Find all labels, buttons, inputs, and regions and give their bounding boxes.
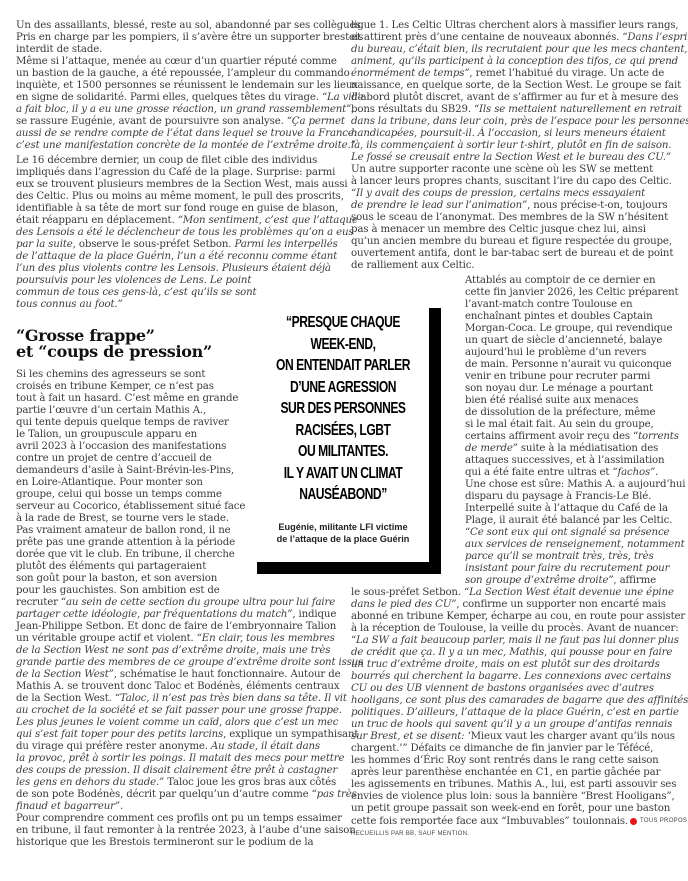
text-line: CU ou des UB viennent de bastons organis… — [351, 683, 654, 695]
quote-run: dans la tribune, dans leur coin, près de… — [351, 116, 688, 127]
quote-run: insistant pour faire du recrutement pour — [465, 563, 669, 574]
text-line: Interpellé suite à l’attaque du Café de … — [465, 503, 668, 515]
text-line: Une chose est sûre: Mathis A. a aujourd’… — [465, 479, 685, 491]
text-run: , affirme — [613, 575, 656, 586]
text-run: Taloc joue les gros bras aux côtés — [164, 777, 336, 788]
quote-run: de prendre le lead sur l’animation” — [351, 200, 527, 211]
quote-run: commun de tous ces gens-là, c’est qu’ils… — [16, 287, 257, 298]
quote-run: qui s’est fait toper pour des petits lar… — [16, 729, 223, 740]
quote-run: du bureau, c’était bien, ils recrutaient… — [351, 44, 687, 55]
text-line: prête pas une grande attention à la péri… — [16, 537, 235, 549]
quote-run: de merde” — [465, 443, 518, 454]
text-line: Un autre supporter raconte une scène où … — [351, 164, 653, 176]
text-run: du virage qui préfère rester anonyme. — [16, 741, 211, 752]
text-line: se rassure Eugénie, avant de poursuivre … — [16, 116, 345, 128]
text-run: et attirent près d’une centaine de nouve… — [351, 32, 622, 43]
text-line: sous le sceau de l’anonymat. Des membres… — [351, 212, 668, 224]
quote-run: grande partie des membres de ce groupe d… — [16, 657, 363, 668]
pull-quote-line: IL Y AVAIT UN CLIMAT — [276, 463, 410, 485]
quote-run: animent, qu’ils participent à la concept… — [351, 56, 678, 67]
text-line: à lancer leurs propres chants, suscitant… — [351, 176, 672, 188]
text-line: du bureau, c’était bien, ils recrutaient… — [351, 44, 687, 56]
text-line: “Il y avait des coups de pression, certa… — [351, 188, 645, 200]
pull-quote-text: “PRESQUE CHAQUE WEEK-END, ON ENTENDAIT P… — [276, 312, 410, 506]
quote-run: “Ce sont eux qui ont signalé sa présence — [465, 527, 669, 538]
text-run: cette fois remportée face aux “Imbuvable… — [351, 816, 628, 827]
text-line: cette fin janvier 2026, les Celtic prépa… — [465, 287, 678, 299]
text-run: suite à la médiatisation des — [518, 443, 658, 454]
text-line: de la Section West ne sont pas d’extrême… — [16, 645, 330, 657]
text-run: , remet l’habitué du virage. Un acte de — [469, 68, 664, 79]
text-run: , observe le sous-préfet Setbon. — [73, 239, 235, 250]
quote-run: Le fossé se creusait entre la Section We… — [351, 152, 671, 163]
text-run: , schématise le haut fonctionnaire. Auto… — [114, 669, 341, 680]
text-line: Jean-Philippe Setbon. Et donc de faire d… — [16, 621, 336, 633]
quote-run: sur Brest, et se disent: — [351, 731, 468, 742]
text-line: animent, qu’ils participent à la concept… — [351, 56, 678, 68]
pull-quote-line: D’UNE AGRESSION — [276, 377, 410, 399]
text-run: de son pote Bodénès, décrit par quelqu’u… — [16, 789, 312, 800]
text-line: pas à menacer un membre des Celtic jusqu… — [351, 224, 646, 236]
text-run: certains affirment avoir reçu des — [465, 431, 633, 442]
text-line: là, ils commençaient à sortir leur t-shi… — [351, 140, 671, 152]
quote-run: aux services de renseignement, notamment — [465, 539, 685, 550]
text-line: disparu du paysage à Francis-Le Blé. — [465, 491, 651, 503]
text-line: Morgan-Coca. Le groupe, qui revendique — [465, 323, 672, 335]
text-line: certains affirment avoir reçu des “torre… — [465, 431, 679, 443]
text-line: eux se trouvent plusieurs membres de la … — [16, 179, 347, 191]
text-line: Même si l’attaque, menée au cœur d’un qu… — [16, 56, 337, 68]
text-line: de la Section West. “Taloc, il n’est pas… — [16, 693, 347, 705]
quote-run: par la suite — [16, 239, 73, 250]
text-line: son goût pour la baston, et son aversion — [16, 573, 217, 585]
text-line: envies de violence plus loin: sous la ba… — [351, 791, 675, 803]
text-line: la provoc, prêt à sortir les poings. Il … — [16, 753, 344, 765]
text-run: , explique un sympathisant — [223, 729, 358, 740]
text-line: sur Brest, et se disent: ‘Mieux vaut les… — [351, 731, 675, 743]
quote-run: “au sein de cette section du groupe ultr… — [61, 597, 335, 608]
text-line: qui a été faite entre ultras et “fachos”… — [465, 467, 658, 479]
pull-quote-line: ON ENTENDAIT PARLER — [276, 355, 410, 377]
quote-run: de la Section West” — [16, 669, 114, 680]
text-line: abonné en tribune Kemper, écharpe au cou… — [351, 611, 685, 623]
quote-run: un truc d’extrême droite, mais on est pl… — [351, 659, 660, 670]
quote-run: “Ils se mettaient naturellement en retra… — [474, 104, 682, 115]
quote-run: un truc de hools qui savent qu’il y a un… — [351, 719, 672, 730]
quote-run: “Il y avait des coups de pression, certa… — [351, 188, 645, 199]
text-line: “Ce sont eux qui ont signalé sa présence — [465, 527, 669, 539]
text-line: de crédit que ça. Il y a un mec, Mathis,… — [351, 647, 672, 659]
text-line: insistant pour faire du recrutement pour — [465, 563, 669, 575]
quote-run: “Dans l’esprit — [622, 32, 688, 43]
quote-run: Les plus jeunes le voient comme un caïd,… — [16, 717, 338, 728]
text-line: attaques successives, et à l’assimilatio… — [465, 455, 664, 467]
pull-quote-line: WEEK-END, — [276, 334, 410, 356]
text-line: qu’un ancien membre du bureau et figure … — [351, 236, 672, 248]
quote-run: a fait bloc, il y a eu une grosse réacti… — [16, 104, 354, 115]
pull-quote-line: SUR DES PERSONNES — [276, 398, 410, 420]
text-line: identifiable à sa tête de mort sur fond … — [16, 203, 338, 215]
text-line: Mathis A. se trouvent donc Taloc et Bodé… — [16, 681, 339, 693]
quote-run: son groupe d’extrême droite” — [465, 575, 613, 586]
text-line: commun de tous ces gens-là, c’est qu’ils… — [16, 287, 257, 299]
quote-run: politiques. D’ailleurs, l’attaque de la … — [351, 707, 679, 718]
text-line: “La SW a fait beaucoup parler, mais il n… — [351, 635, 679, 647]
text-line: les hommes d’Éric Roy sont rentrés dans … — [351, 755, 659, 767]
text-line: croisés en tribune Kemper, ce n’est pas — [16, 381, 214, 393]
text-line: aussi de se rendre compte de l’état dans… — [16, 128, 357, 140]
text-line: aujourd’hui le problème d’un revers — [465, 347, 646, 359]
text-run: recruter — [16, 597, 61, 608]
text-line: énormément de temps”, remet l’habitué du… — [351, 68, 664, 80]
text-line: ouvertement antifa, dont le bar-tabac se… — [351, 248, 673, 260]
quote-run: “En clair, tous les membres — [197, 633, 335, 644]
text-line: son noyau dur. Le ménage a pourtant — [465, 383, 653, 395]
text-line: Pris en charge par les pompiers, il s’av… — [16, 32, 363, 44]
text-line: recruter “au sein de cette section du gr… — [16, 597, 335, 609]
text-line: enchaînant pintes et doubles Captain — [465, 311, 652, 323]
quote-run: au crochet de la société et se fait pass… — [16, 705, 342, 716]
quote-run: Au stade, il était dans — [211, 741, 320, 752]
quote-run: tous connus au foot.” — [16, 299, 123, 310]
text-line: dans la tribune, dans leur coin, près de… — [351, 116, 688, 128]
text-line: de son pote Bodénès, décrit par quelqu’u… — [16, 789, 357, 801]
credit-text: RECUEILLIS PAR BB, SAUF MENTION. — [351, 828, 469, 840]
text-run: de la Section West. — [16, 693, 115, 704]
text-line: pour les gauchistes. Son ambition est de — [16, 585, 220, 597]
text-line: dorée que vit le club. En tribune, il ch… — [16, 549, 235, 561]
text-line: tout à fait un hasard. C’est même en gra… — [16, 393, 238, 405]
quote-run: “Taloc, il n’est pas très bien dans sa t… — [115, 693, 347, 704]
text-line: de merde” suite à la médiatisation des — [465, 443, 658, 455]
text-line: des Lensois a été le déclencheur de tous… — [16, 227, 354, 239]
text-line: des coups de pression. Il disait clairem… — [16, 765, 337, 777]
quote-run: des Lensois a été le déclencheur de tous… — [16, 227, 354, 238]
quote-run: parce qu’il se montrait très, très, très — [465, 551, 654, 562]
text-line: après leur parenthèse enchantée en C1, e… — [351, 767, 660, 779]
text-line: parce qu’il se montrait très, très, très — [465, 551, 654, 563]
text-line: de l’attaque de la place Guérin, l’un a … — [16, 251, 337, 263]
text-run: en signe de solidarité. Parmi elles, que… — [16, 92, 322, 103]
text-run: , confirme un supporter non encarté mais — [456, 599, 665, 610]
text-line: qui s’est fait toper pour des petits lar… — [16, 729, 358, 741]
text-line: par la suite, observe le sous-préfet Set… — [16, 239, 338, 251]
quote-run: partager cette idéologie, par fréquentat… — [16, 609, 292, 620]
quote-run: “La Section West était devenue une épine — [464, 587, 674, 598]
text-run: . — [655, 467, 658, 478]
text-line: bons résultats du SB29. “Ils se mettaien… — [351, 104, 682, 116]
text-line: de ralliement aux Celtic. — [351, 260, 474, 272]
text-line: d’abord plutôt discret, avant de s’affir… — [351, 92, 678, 104]
text-run: , nous précise-t-on, toujours — [527, 200, 667, 211]
text-line: venir en tribune pour recruter parmi — [465, 371, 650, 383]
text-line: ligue 1. Les Celtic Ultras cherchent alo… — [351, 20, 679, 32]
text-line: au crochet de la société et se fait pass… — [16, 705, 342, 717]
quote-run: poursuivis pour les violences de Lens. L… — [16, 275, 251, 286]
pull-quote-line: OU MILITANTES. — [276, 441, 410, 463]
text-line: bourrés qui cherchent la bagarre. Les co… — [351, 671, 671, 683]
text-line: un bastion de la gauche, a été repoussée… — [16, 68, 350, 80]
text-line: serveur au Cocorico, établissement situé… — [16, 501, 245, 513]
quote-run: les gens en dehors du stade.” — [16, 777, 164, 788]
quote-run: hooligans, ce sont plus des camarades de… — [351, 695, 688, 706]
text-line: son groupe d’extrême droite”, affirme — [465, 575, 656, 587]
text-line: en Loire-Atlantique. Pour monter son — [16, 477, 203, 489]
text-line: en signe de solidarité. Parmi elles, que… — [16, 92, 363, 104]
quote-run: handicapées, poursuit-il. À l’occasion, … — [351, 128, 666, 139]
quote-run: finaud et bagarreur” — [16, 801, 120, 812]
text-line: un quart de siècle d’ancienneté, balaye — [465, 335, 662, 347]
text-line: inquiète, et 1500 personnes se réunissen… — [16, 80, 358, 92]
quote-run: énormément de temps” — [351, 68, 469, 79]
quote-run: aussi de se rendre compte de l’état dans… — [16, 128, 357, 139]
text-run: qui a été faite entre ultras et — [465, 467, 612, 478]
text-line: tous connus au foot.” — [16, 299, 123, 311]
text-line: un truc de hools qui savent qu’il y a un… — [351, 719, 672, 731]
quote-run: Parmi les interpellés — [234, 239, 337, 250]
text-line: Plage, il aurait été balancé par les Cel… — [465, 515, 672, 527]
quote-run: “La SW a fait beaucoup parler, mais il n… — [351, 635, 679, 646]
text-line: de prendre le lead sur l’animation”, nou… — [351, 200, 668, 212]
text-line: le Talion, un groupuscule apparu en — [16, 429, 197, 441]
text-line: aux services de renseignement, notamment — [465, 539, 685, 551]
text-line: historique que les Brestois termineront … — [16, 837, 313, 849]
quote-run: “pas très — [312, 789, 357, 800]
text-line: contre un projet de centre d’accueil de — [16, 453, 212, 465]
text-line: groupe, celui qui bosse un temps comme — [16, 489, 222, 501]
text-line: chargent.’” Défaits ce dimanche de fin j… — [351, 743, 653, 755]
quote-run: “fachos” — [612, 467, 655, 478]
text-line: Attablés au comptoir de ce dernier en — [465, 275, 655, 287]
text-line: les agissements en tribunes. Mathis A., … — [351, 779, 676, 791]
text-run: . — [120, 801, 123, 812]
pull-quote-line: RACISÉES, LGBT — [276, 420, 410, 442]
text-line: dans le pied des CU”, confirme un suppor… — [351, 599, 666, 611]
text-run: le sous-préfet Setbon. — [351, 587, 464, 598]
text-line: si le mal était fait. Au sein du groupe, — [465, 419, 654, 431]
text-run: se rassure Eugénie, avant de poursuivre … — [16, 116, 287, 127]
text-line: politiques. D’ailleurs, l’attaque de la … — [351, 707, 679, 719]
text-line: a fait bloc, il y a eu une grosse réacti… — [16, 104, 354, 116]
text-line: Si les chemins des agresseurs se sont — [16, 369, 205, 381]
text-line: handicapées, poursuit-il. À l’occasion, … — [351, 128, 666, 140]
quote-run: CU ou des UB viennent de bastons organis… — [351, 683, 654, 694]
text-line: de dissolution de la préfecture, même — [465, 407, 655, 419]
text-line: un truc d’extrême droite, mais on est pl… — [351, 659, 660, 671]
quote-run: la provoc, prêt à sortir les poings. Il … — [16, 753, 344, 764]
text-line: poursuivis pour les violences de Lens. L… — [16, 275, 251, 287]
pull-quote-line: NAUSÉABOND” — [276, 484, 410, 506]
text-line: hooligans, ce sont plus des camarades de… — [351, 695, 688, 707]
text-line: naissance, en quelque sorte, de la Secti… — [351, 80, 681, 92]
text-line: des Celtic. Plus ou moins au même moment… — [16, 191, 344, 203]
text-line: finaud et bagarreur”. — [16, 801, 123, 813]
text-line: et attirent près d’une centaine de nouve… — [351, 32, 688, 44]
attribution-line: Eugénie, militante LFI victime — [257, 521, 429, 533]
text-run: bons résultats du SB29. — [351, 104, 474, 115]
quote-run: de la Section West ne sont pas d’extrême… — [16, 645, 330, 656]
text-line: l’un des plus violents contre les Lensoi… — [16, 263, 331, 275]
pull-quote-shadow-bottom — [257, 562, 441, 574]
text-line: cette fois remportée face aux “Imbuvable… — [351, 815, 687, 828]
text-run: , indique — [292, 609, 336, 620]
quote-run: de l’attaque de la place Guérin, l’un a … — [16, 251, 337, 262]
text-line: du virage qui préfère rester anonyme. Au… — [16, 741, 320, 753]
text-line: demandeurs d’asile à Saint-Brévin-les-Pi… — [16, 465, 234, 477]
subheading-line: et “coups de pression” — [16, 343, 212, 360]
pull-quote-line: “PRESQUE CHAQUE — [276, 312, 410, 334]
text-line: de la Section West”, schématise le haut … — [16, 669, 340, 681]
text-line: Le 16 décembre dernier, un coup de filet… — [16, 155, 317, 167]
text-line: bien été réalisé suite aux menaces — [465, 395, 638, 407]
quote-run: là, ils commençaient à sortir leur t-shi… — [351, 140, 671, 151]
quote-run: dans le pied des CU” — [351, 599, 456, 610]
text-run: était réapparu en déplacement. — [16, 215, 178, 226]
quote-run: l’un des plus violents contre les Lensoi… — [16, 263, 331, 274]
end-mark-dot-icon — [630, 818, 637, 825]
quote-run: des coups de pression. Il disait clairem… — [16, 765, 337, 776]
text-line: Un des assaillants, blessé, reste au sol… — [16, 20, 364, 32]
text-line: partager cette idéologie, par fréquentat… — [16, 609, 336, 621]
magazine-page: Un des assaillants, blessé, reste au sol… — [0, 0, 688, 881]
text-line: qui tente depuis quelque temps de ravive… — [16, 417, 229, 429]
text-line: un véritable groupe actif et violent. “E… — [16, 633, 335, 645]
quote-run: “torrents — [633, 431, 679, 442]
text-line: un petit groupe passait son week-end en … — [351, 803, 670, 815]
pull-quote-attribution: Eugénie, militante LFI victime de l’atta… — [257, 521, 429, 545]
attribution-line: de l’attaque de la place Guérin — [257, 533, 429, 545]
text-line: Pour comprendre comment ces profils ont … — [16, 813, 342, 825]
text-line: avril 2023 à l’occasion des manifestatio… — [16, 441, 226, 453]
text-line: plutôt des éléments qui partageraient — [16, 561, 206, 573]
text-line: grande partie des membres de ce groupe d… — [16, 657, 363, 669]
text-line: était réapparu en déplacement. “Mon sent… — [16, 215, 358, 227]
text-line: Le fossé se creusait entre la Section We… — [351, 152, 671, 164]
text-line: l’avant-match contre Toulouse en — [465, 299, 632, 311]
text-line: à la rade de Brest, se tourne vers le st… — [16, 513, 229, 525]
quote-run: c’est une manifestation concrète de la m… — [16, 140, 356, 151]
credit-text: TOUS PROPOS — [640, 818, 687, 824]
text-line: Les plus jeunes le voient comme un caïd,… — [16, 717, 338, 729]
text-line: à la réception de Toulouse, la veille du… — [351, 623, 679, 635]
text-line: le sous-préfet Setbon. “La Section West … — [351, 587, 674, 599]
text-line: les gens en dehors du stade.” Taloc joue… — [16, 777, 336, 789]
text-line: Pas vraiment amateur de ballon rond, il … — [16, 525, 231, 537]
text-line: interdit de stade. — [16, 44, 102, 56]
text-run: un véritable groupe actif et violent. — [16, 633, 197, 644]
text-run: ‘Mieux vaut les charger avant qu’ils nou… — [468, 731, 675, 742]
pull-quote-shadow-right — [429, 308, 441, 574]
text-line: en tribune, il faut remonter à la rentré… — [16, 825, 356, 837]
text-line: de main. Personne n’aurait vu quiconque — [465, 359, 671, 371]
text-line: impliqués dans l’agression du Café de la… — [16, 167, 335, 179]
quote-run: de crédit que ça. Il y a un mec, Mathis,… — [351, 647, 672, 658]
quote-run: “Ça permet — [287, 116, 345, 127]
text-line: c’est une manifestation concrète de la m… — [16, 140, 356, 152]
quote-run: bourrés qui cherchent la bagarre. Les co… — [351, 671, 671, 682]
text-line: partie l’œuvre d’un certain Mathis A., — [16, 405, 206, 417]
quote-run: “Mon sentiment, c’est que l’attaque — [178, 215, 358, 226]
